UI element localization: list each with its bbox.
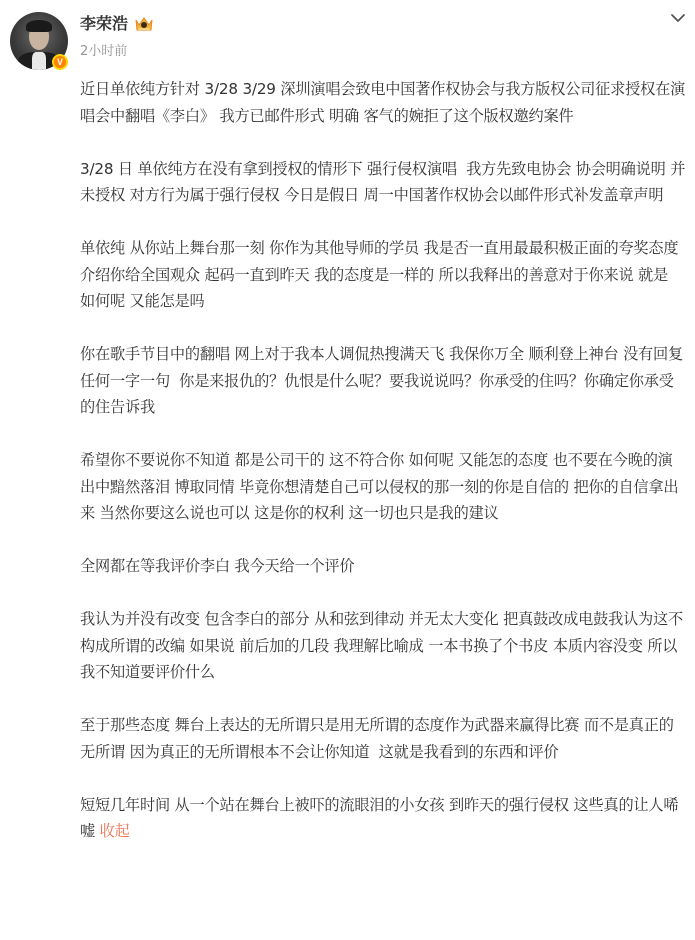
avatar-shirt-inner xyxy=(32,52,46,70)
avatar-hair xyxy=(26,20,52,32)
post-paragraph: 全网都在等我评价李白 我今天给一个评价 xyxy=(80,553,686,580)
post-paragraph-last: 短短几年时间 从一个站在舞台上被吓的流眼泪的小女孩 到昨天的强行侵权 这些真的让… xyxy=(80,792,686,845)
author-name[interactable]: 李荣浩 xyxy=(80,13,128,35)
post-menu-button[interactable] xyxy=(668,10,688,24)
post-paragraph: 近日单依纯方针对 3/28 3/29 深圳演唱会致电中国著作权协会与我方版权公司… xyxy=(80,76,686,129)
weibo-post: V 李荣浩 2小时前 近日单依纯方针对 3/28 3/29 深圳演唱会致电中国著… xyxy=(0,0,695,940)
post-paragraph: 我认为并没有改变 包含李白的部分 从和弦到律动 并无太大变化 把真鼓改成电鼓我认… xyxy=(80,606,686,686)
crown-icon[interactable] xyxy=(134,16,154,32)
verified-badge-icon: V xyxy=(52,54,68,70)
post-paragraph: 单依纯 从你站上舞台那一刻 你作为其他导师的学员 我是否一直用最最积极正面的夸奖… xyxy=(80,235,686,315)
post-paragraph-text: 短短几年时间 从一个站在舞台上被吓的流眼泪的小女孩 到昨天的强行侵权 这些真的让… xyxy=(80,796,678,841)
post-content: 近日单依纯方针对 3/28 3/29 深圳演唱会致电中国著作权协会与我方版权公司… xyxy=(80,76,686,845)
chevron-down-icon xyxy=(668,10,688,29)
post-timestamp[interactable]: 2小时前 xyxy=(80,43,127,61)
avatar[interactable]: V xyxy=(10,12,68,70)
collapse-link[interactable]: 收起 xyxy=(100,822,130,840)
post-paragraph: 希望你不要说你不知道 都是公司干的 这不符合你 如何呢 又能怎的态度 也不要在今… xyxy=(80,447,686,527)
post-paragraph: 你在歌手节目中的翻唱 网上对于我本人调侃热搜满天飞 我保你万全 顺利登上神台 没… xyxy=(80,341,686,421)
post-paragraph: 至于那些态度 舞台上表达的无所谓只是用无所谓的态度作为武器来赢得比赛 而不是真正… xyxy=(80,712,686,765)
post-paragraph: 3/28 日 单依纯方在没有拿到授权的情形下 强行侵权演唱 我方先致电协会 协会… xyxy=(80,156,686,209)
